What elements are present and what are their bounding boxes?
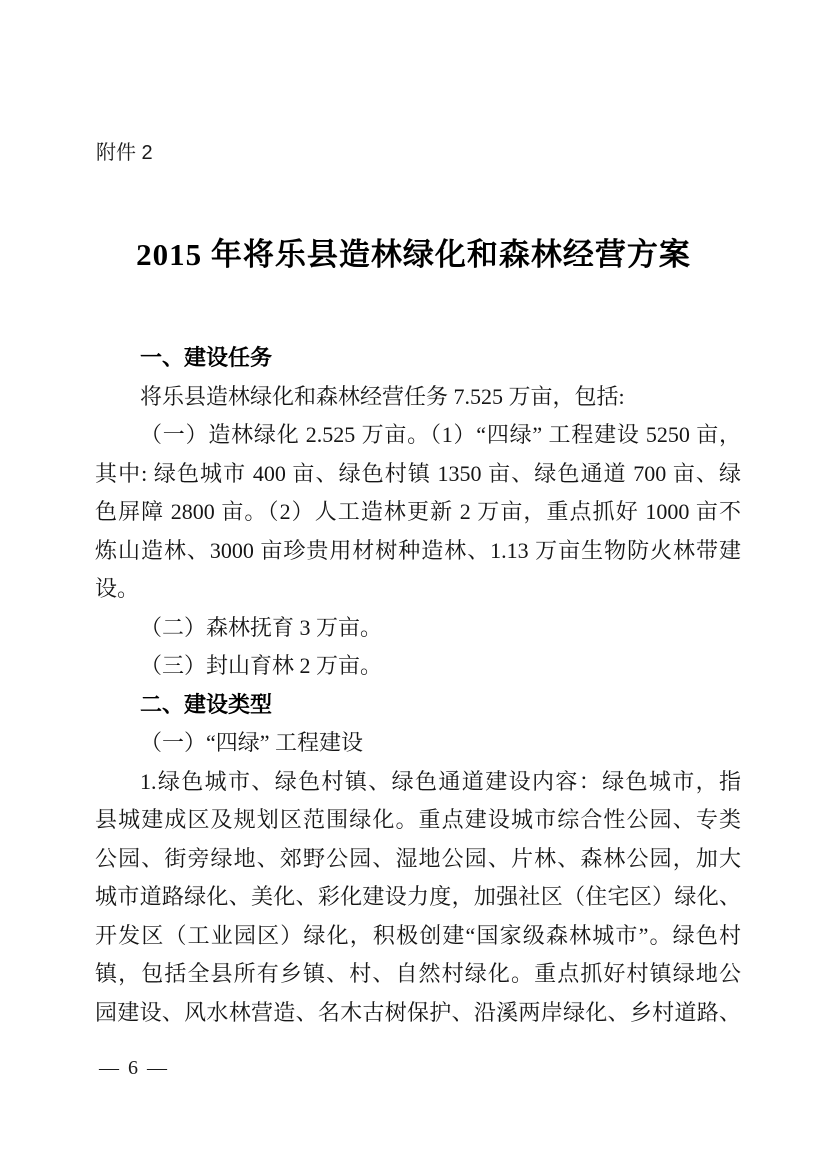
body-line: 开发区（工业园区）绿化，积极创建“国家级森林城市”。绿色村: [95, 917, 741, 956]
document-page: 附件 2 2015 年将乐县造林绿化和森林经营方案 一、建设任务 将乐县造林绿化…: [0, 0, 827, 1169]
document-body: 一、建设任务 将乐县造林绿化和森林经营任务 7.525 万亩，包括: （一）造林…: [95, 339, 741, 1032]
body-line: 其中: 绿色城市 400 亩、绿色村镇 1350 亩、绿色通道 700 亩、绿: [95, 455, 741, 494]
section-heading-1: 一、建设任务: [95, 339, 741, 378]
section-heading-2: 二、建设类型: [95, 686, 741, 725]
body-line: 城市道路绿化、美化、彩化建设力度，加强社区（住宅区）绿化、: [95, 878, 741, 917]
body-line: 炼山造林、3000 亩珍贵用材树种造林、1.13 万亩生物防火林带建: [95, 532, 741, 571]
attachment-label: 附件 2: [96, 141, 153, 165]
body-line: 县城建成区及规划区范围绿化。重点建设城市综合性公园、专类: [95, 801, 741, 840]
body-line: 将乐县造林绿化和森林经营任务 7.525 万亩，包括:: [95, 378, 741, 417]
body-line: 色屏障 2800 亩。（2）人工造林更新 2 万亩，重点抓好 1000 亩不: [95, 493, 741, 532]
body-line: 镇，包括全县所有乡镇、村、自然村绿化。重点抓好村镇绿地公: [95, 955, 741, 994]
body-line: （一）“四绿” 工程建设: [95, 724, 741, 763]
body-line: 公园、街旁绿地、郊野公园、湿地公园、片林、森林公园，加大: [95, 840, 741, 879]
body-line: 设。: [95, 570, 741, 609]
body-line: 园建设、风水林营造、名木古树保护、沿溪两岸绿化、乡村道路、: [95, 994, 741, 1033]
page-number: — 6 —: [99, 1056, 169, 1080]
document-title: 2015 年将乐县造林绿化和森林经营方案: [0, 233, 827, 277]
body-line: 1.绿色城市、绿色村镇、绿色通道建设内容：绿色城市，指: [95, 763, 741, 802]
body-line: （三）封山育林 2 万亩。: [95, 647, 741, 686]
body-line: （一）造林绿化 2.525 万亩。（1）“四绿” 工程建设 5250 亩，: [95, 416, 741, 455]
body-line: （二）森林抚育 3 万亩。: [95, 609, 741, 648]
